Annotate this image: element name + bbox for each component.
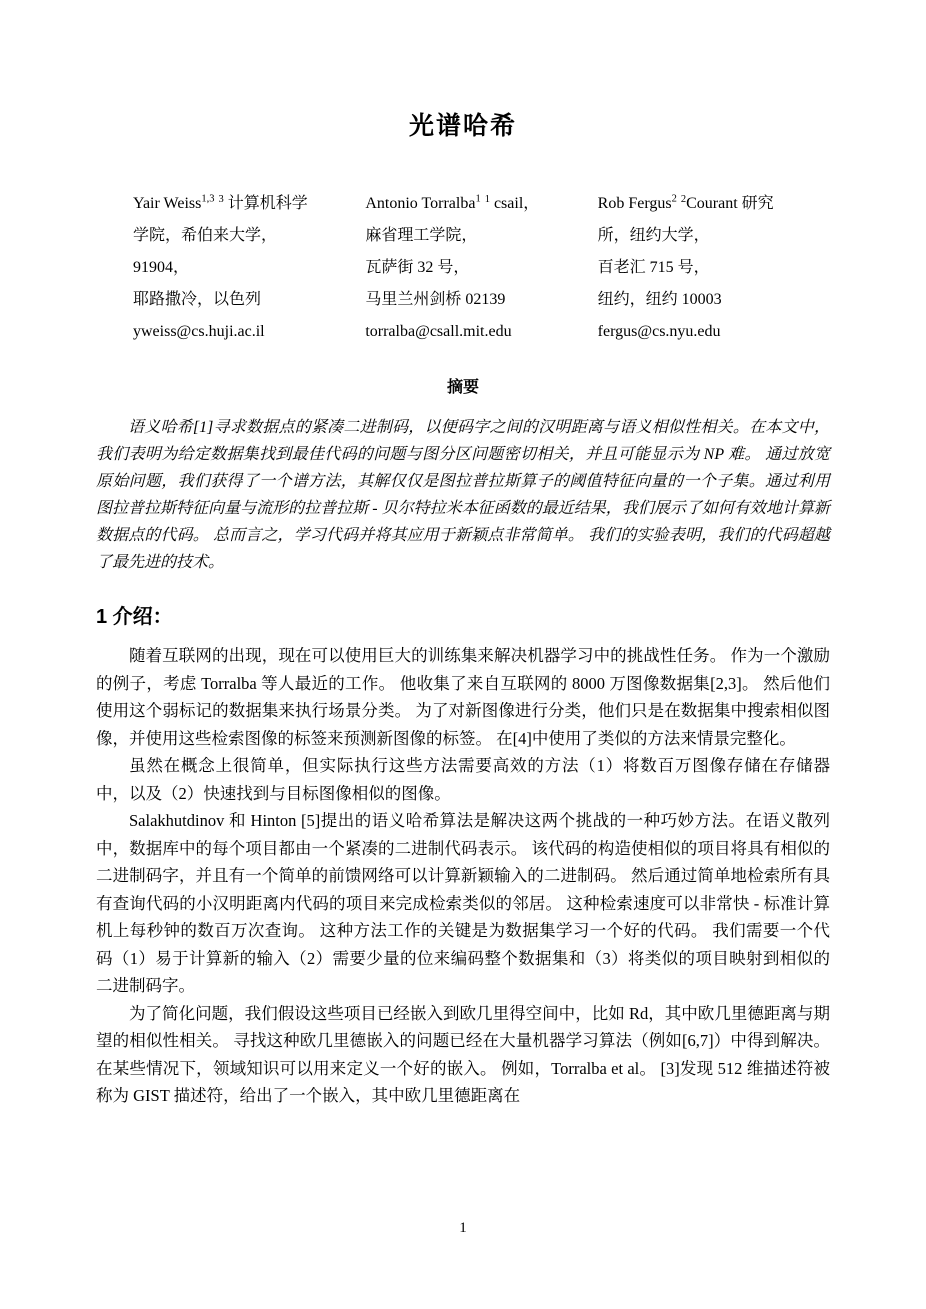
- section-heading-introduction: 1 介绍：: [96, 600, 830, 629]
- author-column-2: Antonio Torralba11 csail， 麻省理工学院， 瓦萨街 32…: [365, 188, 597, 348]
- author-name-line: Antonio Torralba11 csail，: [365, 188, 597, 220]
- abstract-text: 语义哈希[1]寻求数据点的紧凑二进制码，以便码字之间的汉明距离与语义相似性相关。…: [96, 414, 830, 576]
- intro-paragraph-1: 随着互联网的出现，现在可以使用巨大的训练集来解决机器学习中的挑战性任务。 作为一…: [96, 642, 830, 752]
- author-address-line: 瓦萨街 32 号，: [365, 252, 597, 284]
- author-email: torralba@csall.mit.edu: [365, 316, 597, 348]
- author-email: yweiss@cs.huji.ac.il: [133, 316, 365, 348]
- author-name: Antonio Torralba: [365, 195, 475, 212]
- intro-paragraph-2: 虽然在概念上很简单，但实际执行这些方法需要高效的方法（1）将数百万图像存储在存储…: [96, 752, 830, 807]
- author-block: Yair Weiss1,33 计算机科学 学院，希伯来大学， 91904， 耶路…: [133, 188, 830, 348]
- author-column-3: Rob Fergus22Courant 研究 所，纽约大学， 百老汇 715 号…: [598, 188, 830, 348]
- document-page: 光谱哈希 Yair Weiss1,33 计算机科学 学院，希伯来大学， 9190…: [0, 0, 926, 1309]
- author-address-line: 纽约，纽约 10003: [598, 284, 830, 316]
- paper-title: 光谱哈希: [96, 0, 830, 142]
- author-address-line: 麻省理工学院，: [365, 220, 597, 252]
- author-address-line: 91904，: [133, 252, 365, 284]
- author-address-line: 百老汇 715 号，: [598, 252, 830, 284]
- author-address-line: 马里兰州剑桥 02139: [365, 284, 597, 316]
- author-email: fergus@cs.nyu.edu: [598, 316, 830, 348]
- author-name: Rob Fergus: [598, 195, 672, 212]
- author-column-1: Yair Weiss1,33 计算机科学 学院，希伯来大学， 91904， 耶路…: [133, 188, 365, 348]
- author-address-line: 学院，希伯来大学，: [133, 220, 365, 252]
- intro-paragraph-4: 为了简化问题，我们假设这些项目已经嵌入到欧几里得空间中，比如 Rd，其中欧几里德…: [96, 1000, 830, 1110]
- author-name: Yair Weiss: [133, 195, 201, 212]
- author-name-line: Rob Fergus22Courant 研究: [598, 188, 830, 220]
- author-affiliation-inline: csail，: [490, 195, 539, 212]
- author-affiliation-inline: 计算机科学: [224, 195, 308, 212]
- author-address-line: 耶路撒冷，以色列: [133, 284, 365, 316]
- page-content: 光谱哈希 Yair Weiss1,33 计算机科学 学院，希伯来大学， 9190…: [96, 0, 830, 1110]
- intro-paragraph-3: Salakhutdinov 和 Hinton [5]提出的语义哈希算法是解决这两…: [96, 807, 830, 1000]
- author-address-line: 所，纽约大学，: [598, 220, 830, 252]
- author-superscript: 2: [672, 194, 677, 205]
- page-number: 1: [0, 1220, 926, 1237]
- author-superscript: 1: [475, 194, 480, 205]
- author-name-line: Yair Weiss1,33 计算机科学: [133, 188, 365, 220]
- abstract-heading: 摘要: [96, 374, 830, 397]
- author-affiliation-inline: Courant 研究: [686, 195, 774, 212]
- author-superscript: 1,3: [201, 194, 214, 205]
